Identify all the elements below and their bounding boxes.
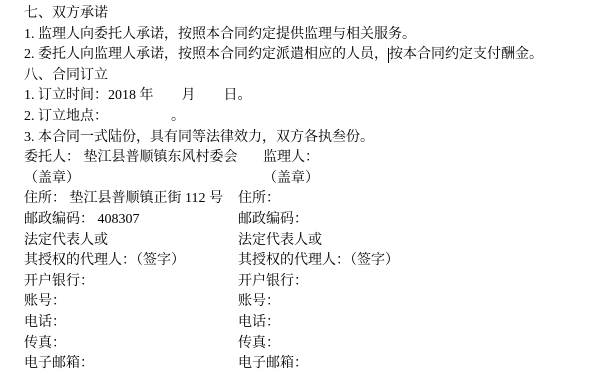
signature-row-bank: 开户银行： 开户银行：	[24, 272, 602, 293]
section8-heading: 八、合同订立	[24, 66, 602, 87]
signature-row-address: 住所： 垫江县普顺镇正街 112 号 住所：	[24, 189, 602, 210]
client-postal-code: 邮政编码： 408307	[24, 210, 238, 231]
signature-row-account: 账号： 账号：	[24, 292, 602, 313]
client-fax-label: 传真：	[24, 334, 238, 355]
section7-clause-1: 1. 监理人向委托人承诺，按照本合同约定提供监理与相关服务。	[24, 25, 602, 46]
supervisor-phone-label: 电话：	[238, 313, 602, 334]
section8-clause-3-copies: 3. 本合同一式陆份，具有同等法律效力，双方各执叁份。	[24, 128, 602, 149]
document-page[interactable]: 七、双方承诺 1. 监理人向委托人承诺，按照本合同约定提供监理与相关服务。 2.…	[0, 0, 610, 376]
signature-row-authorized-agent: 其授权的代理人：（签字） 其授权的代理人：（签字）	[24, 251, 602, 272]
signature-row-parties: 委托人： 垫江县普顺镇东风村委会 监理人：	[24, 148, 602, 169]
supervisor-legal-rep-label: 法定代表人或	[238, 231, 602, 252]
supervisor-bank-label: 开户银行：	[238, 272, 602, 293]
client-address: 住所： 垫江县普顺镇正街 112 号	[24, 189, 238, 210]
supervisor-party-label: 监理人：	[238, 148, 602, 169]
client-party-name: 委托人： 垫江县普顺镇东风村委会	[24, 148, 238, 169]
supervisor-seal-note: （盖章）	[238, 169, 602, 190]
supervisor-address-label: 住所：	[238, 189, 602, 210]
signature-row-postal-code: 邮政编码： 408307 邮政编码：	[24, 210, 602, 231]
signature-row-fax: 传真： 传真：	[24, 334, 602, 355]
supervisor-fax-label: 传真：	[238, 334, 602, 355]
section8-clause-1-signing-date: 1. 订立时间：2018 年 月 日。	[24, 86, 602, 107]
signature-row-phone: 电话： 电话：	[24, 313, 602, 334]
signature-row-legal-rep: 法定代表人或 法定代表人或	[24, 231, 602, 252]
section8-clause-2-signing-place: 2. 订立地点： 。	[24, 107, 602, 128]
section7-clause-2-text-before: 2. 委托人向监理人承诺，按照本合同约定派遣相应的人员，	[24, 47, 388, 62]
section7-clause-2-text-after: 按本合同约定支付酬金。	[389, 47, 543, 62]
section7-clause-2: 2. 委托人向监理人承诺，按照本合同约定派遣相应的人员，按本合同约定支付酬金。	[24, 45, 602, 66]
client-email-label: 电子邮箱：	[24, 354, 238, 375]
section7-heading: 七、双方承诺	[24, 4, 602, 25]
client-phone-label: 电话：	[24, 313, 238, 334]
client-legal-rep-label: 法定代表人或	[24, 231, 238, 252]
client-seal-note: （盖章）	[24, 169, 238, 190]
text-cursor	[388, 48, 389, 63]
client-account-label: 账号：	[24, 292, 238, 313]
supervisor-authorized-agent-label: 其授权的代理人：（签字）	[238, 251, 602, 272]
client-authorized-agent-label: 其授权的代理人：（签字）	[24, 251, 238, 272]
signature-row-email: 电子邮箱： 电子邮箱：	[24, 354, 602, 375]
supervisor-postal-code-label: 邮政编码：	[238, 210, 602, 231]
signature-row-seal: （盖章） （盖章）	[24, 169, 602, 190]
supervisor-email-label: 电子邮箱：	[238, 354, 602, 375]
client-bank-label: 开户银行：	[24, 272, 238, 293]
supervisor-account-label: 账号：	[238, 292, 602, 313]
